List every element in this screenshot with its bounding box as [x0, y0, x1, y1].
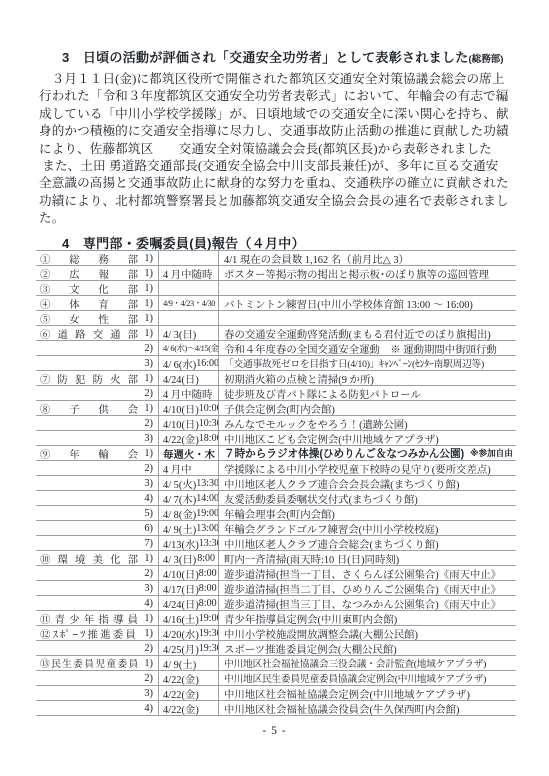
date-cell: 4/ 9(土)13:00	[158, 521, 219, 535]
description-text: 遊歩道清掃(担当三丁目、なつみかん公園集合)《雨天中止》	[224, 596, 501, 610]
date-cell: 4/16(土)19:00	[158, 611, 219, 625]
description-cell: 年輪会グランドゴルフ練習会(中川小学校校庭)	[219, 521, 516, 535]
date-cell	[158, 281, 219, 295]
date-cell: 4/ 3(日)8:00	[158, 551, 219, 565]
description-text: スポーツ推進委員定例会(大棚公民館)	[224, 641, 397, 655]
department-label: ①総務部	[40, 251, 138, 265]
department-label: ②広報部	[40, 266, 138, 280]
date-cell	[158, 251, 219, 265]
department-label: ③文化部	[40, 281, 138, 295]
page-number: - 5 -	[0, 725, 549, 737]
table-row: 5)4/ 8(金)19:00年輪会理事会(町内会館)	[36, 506, 516, 521]
time-text: 18:00	[199, 433, 219, 444]
date-cell: 4/ 8(金)19:00	[158, 506, 219, 520]
date-cell	[158, 311, 219, 325]
description-text: 中川地区老人クラブ連合会会長会議(まちづくり館)	[224, 476, 459, 490]
description-cell: 中川地区社会福祉協議会三役会議・会計監査(地域ケアプラザ)	[219, 656, 516, 670]
department-cell: 2)	[36, 566, 158, 580]
table-row: 3)4/22(金)18:00中川地区こども会定例会(中川地域ケアプラザ)	[36, 431, 516, 446]
table-row: 2)4/10(日)10:30みんなでモルックをやろう！(遺跡公園)	[36, 416, 516, 431]
description-text: 年輪会グランドゴルフ練習会(中川小学校校庭)	[224, 521, 438, 535]
description-cell: 初期消火箱の点検と清掃(9 か所)	[219, 371, 516, 385]
description-text: 子供会定例会(町内会館)	[224, 401, 335, 415]
date-text: 4/ 8(金)	[163, 506, 196, 520]
date-text: 4 月中随時	[163, 266, 212, 280]
description-cell: 令和４年度春の全国交通安全運動 ※ 運動期間中街頭行動	[219, 341, 516, 355]
item-number: 4)	[138, 598, 153, 609]
date-text: 4/10(日)	[163, 401, 199, 415]
department-cell: 6)	[36, 521, 158, 535]
item-number: 3)	[138, 688, 153, 699]
date-cell: 4/ 5(火)13:30	[158, 476, 219, 490]
department-cell: 5)	[36, 506, 158, 520]
description-text: 遊歩道清掃(担当一丁目、さくらんぼ公園集合)《雨天中止》	[224, 566, 501, 580]
date-text: 4/ 3(日)	[163, 551, 196, 565]
date-text: 4/ 6(水)	[163, 356, 196, 370]
date-cell: 4/22(金)	[158, 701, 219, 715]
date-cell: 4/10(日)10:30	[158, 416, 219, 430]
department-cell: 2)	[36, 461, 158, 475]
item-number: 2)	[138, 643, 153, 654]
section3-body: ３月１１日(金)に都筑区役所で開催された都筑区交通安全対策協議会総会の席上 行わ…	[39, 71, 539, 228]
description-text: 令和４年度春の全国交通安全運動 ※ 運動期間中街頭行動	[224, 341, 497, 355]
description-cell	[219, 281, 516, 295]
item-number: 1)	[138, 403, 153, 414]
table-row: 3)4/17(日)8:00遊歩道清掃(担当二丁目、ひめりんご公園集合)《雨天中止…	[36, 581, 516, 596]
department-cell: 4)	[36, 596, 158, 610]
table-row: 3)4/ 5(火)13:30中川地区老人クラブ連合会会長会議(まちづくり館)	[36, 476, 516, 491]
date-text: 4/10(日)	[163, 566, 199, 580]
section3-heading-text: 3 日頃の活動が評価され「交通安全功労者」として表彰されました	[62, 50, 469, 65]
item-number: 1)	[138, 448, 153, 459]
item-number: 4)	[138, 703, 153, 714]
description-text: 中川地区こども会定例会(中川地域ケアプラザ)	[224, 431, 439, 445]
description-text: バトミントン練習日(中川小学校体育館 13:00 ～ 16:00)	[224, 296, 473, 310]
date-cell: 4 月中随時	[158, 386, 219, 400]
item-number: 2)	[138, 463, 153, 474]
description-text: 中川小学校施設開放調整会議(大棚公民館)	[224, 626, 418, 640]
table-row: 4)4/24(日)8:00遊歩道清掃(担当三丁目、なつみかん公園集合)《雨天中止…	[36, 596, 516, 611]
date-text: 4/ 6(水)～4/15(金)	[163, 342, 219, 354]
time-text: 13:00	[196, 523, 219, 534]
department-cell: ⑪青少年指導員1)	[36, 611, 158, 625]
table-row: 4)4/22(金)中川地区社会福祉協議会役員会(牛久保西町内会館)	[36, 701, 516, 716]
date-text: 4/22(金)	[163, 431, 199, 445]
table-row: ⑥道路交通部1)4/ 3(日)春の交通安全運動啓発活動(まもる君付近でのぼり旗掲…	[36, 326, 516, 341]
department-cell: 2)	[36, 341, 158, 355]
department-cell: ⑤女性部1)	[36, 311, 158, 325]
date-text: 4/ 5(火)	[163, 476, 196, 490]
date-cell: 4/10(日)10:00	[158, 401, 219, 415]
item-number: 1)	[138, 658, 153, 669]
time-text: 14:00	[196, 493, 219, 504]
note-text: ※参加自由	[470, 447, 513, 459]
department-cell: ⑨年輪会1)	[36, 446, 158, 460]
item-number: 1)	[138, 253, 153, 264]
department-cell: 2)	[36, 386, 158, 400]
department-label: ⑫ｽﾎﾟｰﾂ推進委員	[40, 626, 138, 640]
date-text: 4 月中	[163, 461, 192, 475]
description-cell: ７時からラジオ体操(ひめりんご＆なつみかん公園)※参加自由	[219, 446, 516, 460]
description-cell: 遊歩道清掃(担当一丁目、さくらんぼ公園集合)《雨天中止》	[219, 566, 516, 580]
date-text: 4/ 9(土)	[163, 656, 196, 670]
description-text: 徒歩班及び青パト隊による防犯パトロール	[224, 386, 421, 400]
description-cell: 遊歩道清掃(担当三丁目、なつみかん公園集合)《雨天中止》	[219, 596, 516, 610]
date-text: 4/17(日)	[163, 581, 199, 595]
table-row: 2)4 月中随時徒歩班及び青パト隊による防犯パトロール	[36, 386, 516, 401]
table-row: ⑧子供会1)4/10(日)10:00子供会定例会(町内会館)	[36, 401, 516, 416]
description-cell: 中川地区こども会定例会(中川地域ケアプラザ)	[219, 431, 516, 445]
department-cell: 3)	[36, 581, 158, 595]
table-row: 6)4/ 9(土)13:00年輪会グランドゴルフ練習会(中川小学校校庭)	[36, 521, 516, 536]
description-cell: 中川小学校施設開放調整会議(大棚公民館)	[219, 626, 516, 640]
date-text: 4/25(月)	[163, 641, 199, 655]
table-row: 2)4/10(日)8:00遊歩道清掃(担当一丁目、さくらんぼ公園集合)《雨天中止…	[36, 566, 516, 581]
description-cell: 中川地区社会福祉協議会役員会(牛久保西町内会館)	[219, 701, 516, 715]
item-number: 3)	[138, 478, 153, 489]
date-text: 毎週火・木・土	[163, 446, 219, 460]
description-cell: 4/1 現在の会員数 1,162 名（前月比△ 3）	[219, 251, 516, 265]
department-cell: ④体育部1)	[36, 296, 158, 310]
description-cell: 学援隊による中川小学校児童下校時の見守り(要所交差点)	[219, 461, 516, 475]
section3-heading: 3 日頃の活動が評価され「交通安全功労者」として表彰されました(総務部)	[62, 47, 503, 66]
item-number: 2)	[138, 418, 153, 429]
table-row: 7)4/13(水)13:30中川地区老人クラブ連合会総会(まちづくり館)	[36, 536, 516, 551]
time-text: 13:30	[196, 478, 219, 489]
description-text: 青少年指導員定例会(中川東町内会館)	[224, 611, 397, 625]
description-text: ポスター等掲示物の掲出と掲示板･のぼり旗等の巡回管理	[224, 266, 489, 280]
department-label: ⑥道路交通部	[40, 326, 138, 340]
date-cell: 4 月中随時	[158, 266, 219, 280]
date-text: 4/22(金)	[163, 671, 199, 685]
time-text: 19:00	[196, 508, 219, 519]
date-text: 4/ 7(木)	[163, 491, 196, 505]
item-number: 3)	[138, 358, 153, 369]
description-cell: 中川地区老人クラブ連合会総会(まちづくり館)	[219, 536, 516, 550]
date-cell: 4/ 6(水)～4/15(金)	[158, 341, 219, 355]
table-row: ⑩環境美化部1)4/ 3(日)8:00町内一斉清掃(雨天時:10 日(日)同時刻…	[36, 551, 516, 566]
table-row: ⑪青少年指導員1)4/16(土)19:00青少年指導員定例会(中川東町内会館)	[36, 611, 516, 626]
description-text: 春の交通安全運動啓発活動(まもる君付近でのぼり旗掲出)	[224, 326, 491, 340]
department-label: ⑬民生委員児童委員	[40, 656, 138, 670]
department-cell: ⑧子供会1)	[36, 401, 158, 415]
date-cell: 4/9・4/23・4/30	[158, 296, 219, 310]
department-cell: ②広報部1)	[36, 266, 158, 280]
department-cell: ⑩環境美化部1)	[36, 551, 158, 565]
item-number: 3)	[138, 433, 153, 444]
date-text: 4/16(土)	[163, 611, 199, 625]
date-cell: 4/25(月)19:30	[158, 641, 219, 655]
date-cell: 4/ 3(日)	[158, 326, 219, 340]
description-cell	[219, 311, 516, 325]
date-text: 4/22(金)	[163, 686, 199, 700]
department-cell: ③文化部1)	[36, 281, 158, 295]
date-cell: 4/10(日)8:00	[158, 566, 219, 580]
description-cell: 青少年指導員定例会(中川東町内会館)	[219, 611, 516, 625]
description-text: 中川地区社会福祉協議会役員会(牛久保西町内会館)	[224, 701, 460, 715]
description-cell: 町内一斉清掃(雨天時:10 日(日)同時刻)	[219, 551, 516, 565]
time-text: 13:30	[199, 538, 219, 549]
department-cell: 2)	[36, 641, 158, 655]
department-cell: 4)	[36, 701, 158, 715]
table-row: ⑫ｽﾎﾟｰﾂ推進委員1)4/20(水)19:30中川小学校施設開放調整会議(大棚…	[36, 626, 516, 641]
department-label: ⑤女性部	[40, 311, 138, 325]
date-cell: 毎週火・木・土	[158, 446, 219, 460]
document-page: 3 日頃の活動が評価され「交通安全功労者」として表彰されました(総務部) ３月１…	[0, 0, 549, 776]
description-cell: 徒歩班及び青パト隊による防犯パトロール	[219, 386, 516, 400]
item-number: 1)	[138, 268, 153, 279]
time-text: 8:00	[199, 583, 217, 594]
department-cell: 2)	[36, 416, 158, 430]
date-text: 4/13(水)	[163, 536, 199, 550]
description-cell: 「交通事故死ゼロを目指す日(4/10)」ｷｬﾝﾍﾟｰﾝ(ｾﾝﾀｰ南駅周辺等)	[219, 356, 516, 370]
table-row: 2)4/25(月)19:30スポーツ推進委員定例会(大棚公民館)	[36, 641, 516, 656]
table-row: ①総務部1)4/1 現在の会員数 1,162 名（前月比△ 3）	[36, 251, 516, 266]
item-number: 1)	[138, 328, 153, 339]
description-cell: スポーツ推進委員定例会(大棚公民館)	[219, 641, 516, 655]
item-number: 1)	[138, 373, 153, 384]
department-cell: 3)	[36, 431, 158, 445]
description-text: 学援隊による中川小学校児童下校時の見守り(要所交差点)	[224, 461, 491, 475]
date-cell: 4/ 7(木)14:00	[158, 491, 219, 505]
date-text: 4/20(水)	[163, 626, 199, 640]
item-number: 7)	[138, 538, 153, 549]
table-row: 4)4/ 7(木)14:00友愛活動委員委嘱状交付式(まちづくり館)	[36, 491, 516, 506]
time-text: 8:00	[199, 568, 217, 579]
description-text: 町内一斉清掃(雨天時:10 日(日)同時刻)	[224, 551, 399, 565]
item-number: 2)	[138, 673, 153, 684]
table-row: 3)4/ 6(水)16:00「交通事故死ゼロを目指す日(4/10)」ｷｬﾝﾍﾟｰ…	[36, 356, 516, 371]
table-row: ⑤女性部1)	[36, 311, 516, 326]
department-label: ⑧子供会	[40, 401, 138, 415]
department-cell: ①総務部1)	[36, 251, 158, 265]
item-number: 2)	[138, 388, 153, 399]
description-text: 年輪会理事会(町内会館)	[224, 506, 335, 520]
description-text: 友愛活動委員委嘱状交付式(まちづくり館)	[224, 491, 418, 505]
time-text: 8:00	[197, 553, 215, 564]
time-text: 19:00	[199, 613, 219, 624]
description-text: 遊歩道清掃(担当二丁目、ひめりんご公園集合)《雨天中止》	[224, 581, 501, 595]
table-row: 3)4/22(金)中川地区社会福祉協議会定例会(中川地域ケアプラザ)	[36, 686, 516, 701]
time-text: 19:30	[199, 628, 219, 639]
description-text: 「交通事故死ゼロを目指す日(4/10)」ｷｬﾝﾍﾟｰﾝ(ｾﾝﾀｰ南駅周辺等)	[224, 356, 484, 370]
date-text: 4/ 9(土)	[163, 521, 196, 535]
table-row: ③文化部1)	[36, 281, 516, 296]
date-cell: 4/24(日)	[158, 371, 219, 385]
date-text: 4/10(日)	[163, 416, 199, 430]
date-cell: 4/22(金)	[158, 671, 219, 685]
date-cell: 4/20(水)19:30	[158, 626, 219, 640]
department-label: ⑪青少年指導員	[40, 611, 138, 625]
department-cell: 3)	[36, 356, 158, 370]
department-cell: 7)	[36, 536, 158, 550]
item-number: 1)	[138, 613, 153, 624]
department-label: ④体育部	[40, 296, 138, 310]
item-number: 2)	[138, 343, 153, 354]
description-text: 初期消火箱の点検と清掃(9 か所)	[224, 371, 374, 385]
date-cell: 4/ 9(土)	[158, 656, 219, 670]
item-number: 1)	[138, 553, 153, 564]
date-text: 4/24(日)	[163, 596, 199, 610]
description-cell: 年輪会理事会(町内会館)	[219, 506, 516, 520]
description-cell: みんなでモルックをやろう！(遺跡公園)	[219, 416, 516, 430]
description-text: 中川地区社会福祉協議会三役会議・会計監査(地域ケアプラザ)	[224, 656, 486, 670]
date-text: 4/ 3(日)	[163, 326, 196, 340]
time-text: 19:30	[199, 643, 219, 654]
report-table: ①総務部1)4/1 現在の会員数 1,162 名（前月比△ 3）②広報部1)4 …	[36, 250, 516, 716]
description-cell: 子供会定例会(町内会館)	[219, 401, 516, 415]
item-number: 1)	[138, 298, 153, 309]
description-text: みんなでモルックをやろう！(遺跡公園)	[224, 416, 408, 430]
description-text: 中川地区老人クラブ連合会総会(まちづくり館)	[224, 536, 439, 550]
description-cell: ポスター等掲示物の掲出と掲示板･のぼり旗等の巡回管理	[219, 266, 516, 280]
time-text: 8:00	[199, 598, 217, 609]
table-row: ⑬民生委員児童委員1)4/ 9(土)中川地区社会福祉協議会三役会議・会計監査(地…	[36, 656, 516, 671]
description-cell: 友愛活動委員委嘱状交付式(まちづくり館)	[219, 491, 516, 505]
description-cell: 中川地区社会福祉協議会定例会(中川地域ケアプラザ)	[219, 686, 516, 700]
date-cell: 4 月中	[158, 461, 219, 475]
item-number: 5)	[138, 508, 153, 519]
time-text: 10:00	[199, 403, 219, 414]
description-cell: 中川地区民生委員児童委員協議会定例会(中川地域ケアプラザ)	[219, 671, 516, 685]
description-cell: バトミントン練習日(中川小学校体育館 13:00 ～ 16:00)	[219, 296, 516, 310]
department-cell: 4)	[36, 491, 158, 505]
item-number: 1)	[138, 313, 153, 324]
department-cell: ⑬民生委員児童委員1)	[36, 656, 158, 670]
date-cell: 4/22(金)18:00	[158, 431, 219, 445]
date-cell: 4/24(日)8:00	[158, 596, 219, 610]
description-cell: 春の交通安全運動啓発活動(まもる君付近でのぼり旗掲出)	[219, 326, 516, 340]
department-label: ⑩環境美化部	[40, 551, 138, 565]
department-cell: 3)	[36, 476, 158, 490]
department-cell: 3)	[36, 686, 158, 700]
department-cell: ⑫ｽﾎﾟｰﾂ推進委員1)	[36, 626, 158, 640]
table-row: 2)4 月中学援隊による中川小学校児童下校時の見守り(要所交差点)	[36, 461, 516, 476]
item-number: 2)	[138, 568, 153, 579]
item-number: 1)	[138, 628, 153, 639]
description-text: ７時からラジオ体操(ひめりんご＆なつみかん公園)	[224, 446, 464, 460]
date-cell: 4/17(日)8:00	[158, 581, 219, 595]
table-row: 2)4/ 6(水)～4/15(金)令和４年度春の全国交通安全運動 ※ 運動期間中…	[36, 341, 516, 356]
item-number: 4)	[138, 493, 153, 504]
description-cell: 中川地区老人クラブ連合会会長会議(まちづくり館)	[219, 476, 516, 490]
description-text: 4/1 現在の会員数 1,162 名（前月比△ 3）	[224, 251, 409, 265]
department-cell: 2)	[36, 671, 158, 685]
department-cell: ⑥道路交通部1)	[36, 326, 158, 340]
table-row: ④体育部1)4/9・4/23・4/30バトミントン練習日(中川小学校体育館 13…	[36, 296, 516, 311]
item-number: 6)	[138, 523, 153, 534]
department-cell: ⑦防犯防火部1)	[36, 371, 158, 385]
table-row: ②広報部1)4 月中随時ポスター等掲示物の掲出と掲示板･のぼり旗等の巡回管理	[36, 266, 516, 281]
description-text: 中川地区民生委員児童委員協議会定例会(中川地域ケアプラザ)	[224, 671, 486, 685]
date-cell: 4/22(金)	[158, 686, 219, 700]
date-text: 4 月中随時	[163, 386, 212, 400]
date-text: 4/24(日)	[163, 371, 199, 385]
description-cell: 遊歩道清掃(担当二丁目、ひめりんご公園集合)《雨天中止》	[219, 581, 516, 595]
table-row: 2)4/22(金)中川地区民生委員児童委員協議会定例会(中川地域ケアプラザ)	[36, 671, 516, 686]
section3-heading-note: (総務部)	[469, 54, 504, 65]
item-number: 1)	[138, 283, 153, 294]
department-label: ⑦防犯防火部	[40, 371, 138, 385]
description-text: 中川地区社会福祉協議会定例会(中川地域ケアプラザ)	[224, 686, 470, 700]
date-cell: 4/13(水)13:30	[158, 536, 219, 550]
table-row: ⑦防犯防火部1)4/24(日)初期消火箱の点検と清掃(9 か所)	[36, 371, 516, 386]
time-text: 16:00	[196, 358, 219, 369]
time-text: 10:30	[199, 418, 219, 429]
date-cell: 4/ 6(水)16:00	[158, 356, 219, 370]
date-text: 4/9・4/23・4/30	[163, 297, 215, 309]
table-row: ⑨年輪会1)毎週火・木・土７時からラジオ体操(ひめりんご＆なつみかん公園)※参加…	[36, 446, 516, 461]
item-number: 3)	[138, 583, 153, 594]
date-text: 4/22(金)	[163, 701, 199, 715]
department-label: ⑨年輪会	[40, 446, 138, 460]
